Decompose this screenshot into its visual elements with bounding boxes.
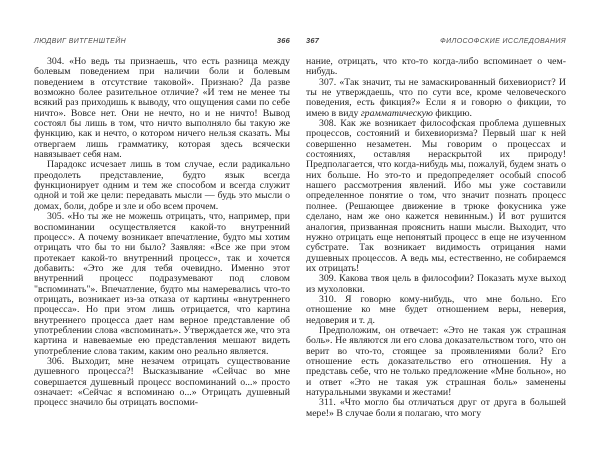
paragraph-304-continuation: Парадокс исчезает лишь в том случае, есл… [34,160,290,212]
paragraph-310-continuation: Предположим, он отвечает: «Это не такая … [306,326,566,398]
page-number-left: 366 [277,36,290,45]
paragraph-307-post: фикцию. [433,108,472,119]
running-head-right: 367 ФИЛОСОФСКИЕ ИССЛЕДОВАНИЯ [306,36,566,45]
paragraph-309: 309. Какова твоя цель в философии? Показ… [306,274,566,295]
paragraph-310: 310. Я говорю кому-нибудь, что мне больн… [306,295,566,326]
page-367: 367 ФИЛОСОФСКИЕ ИССЛЕДОВАНИЯ нание, отри… [306,36,566,467]
paragraph-306: 306. Выходит, мне незачем отрицать сущес… [34,357,290,409]
running-head-author: ЛЮДВИГ ВИТГЕНШТЕЙН [34,38,126,45]
page-body-left: 304. «Но ведь ты признаешь, что есть раз… [34,57,290,409]
paragraph-306-continuation: нание, отрицать, что кто-то когда-либо в… [306,57,566,78]
page-number-right: 367 [306,36,319,45]
running-head-book-title: ФИЛОСОФСКИЕ ИССЛЕДОВАНИЯ [440,38,566,45]
paragraph-307-italic-term: грамматическую [361,108,433,119]
paragraph-305: 305. «Но ты же не можешь отрицать, что, … [34,212,290,357]
paragraph-308: 308. Как же возникает философская пробле… [306,119,566,274]
paragraph-304: 304. «Но ведь ты признаешь, что есть раз… [34,57,290,160]
running-head-left: ЛЮДВИГ ВИТГЕНШТЕЙН 366 [34,36,290,45]
book-spread: ЛЮДВИГ ВИТГЕНШТЕЙН 366 304. «Но ведь ты … [0,0,600,467]
scanned-book-page: { "pages": [ { "running_head": "ЛЮДВИГ В… [0,0,600,467]
page-body-right: нание, отрицать, что кто-то когда-либо в… [306,57,566,419]
paragraph-307: 307. «Так значит, ты не замаскированный … [306,78,566,119]
page-366: ЛЮДВИГ ВИТГЕНШТЕЙН 366 304. «Но ведь ты … [34,36,290,467]
paragraph-311: 311. «Что могло бы отличаться друг от др… [306,398,566,419]
